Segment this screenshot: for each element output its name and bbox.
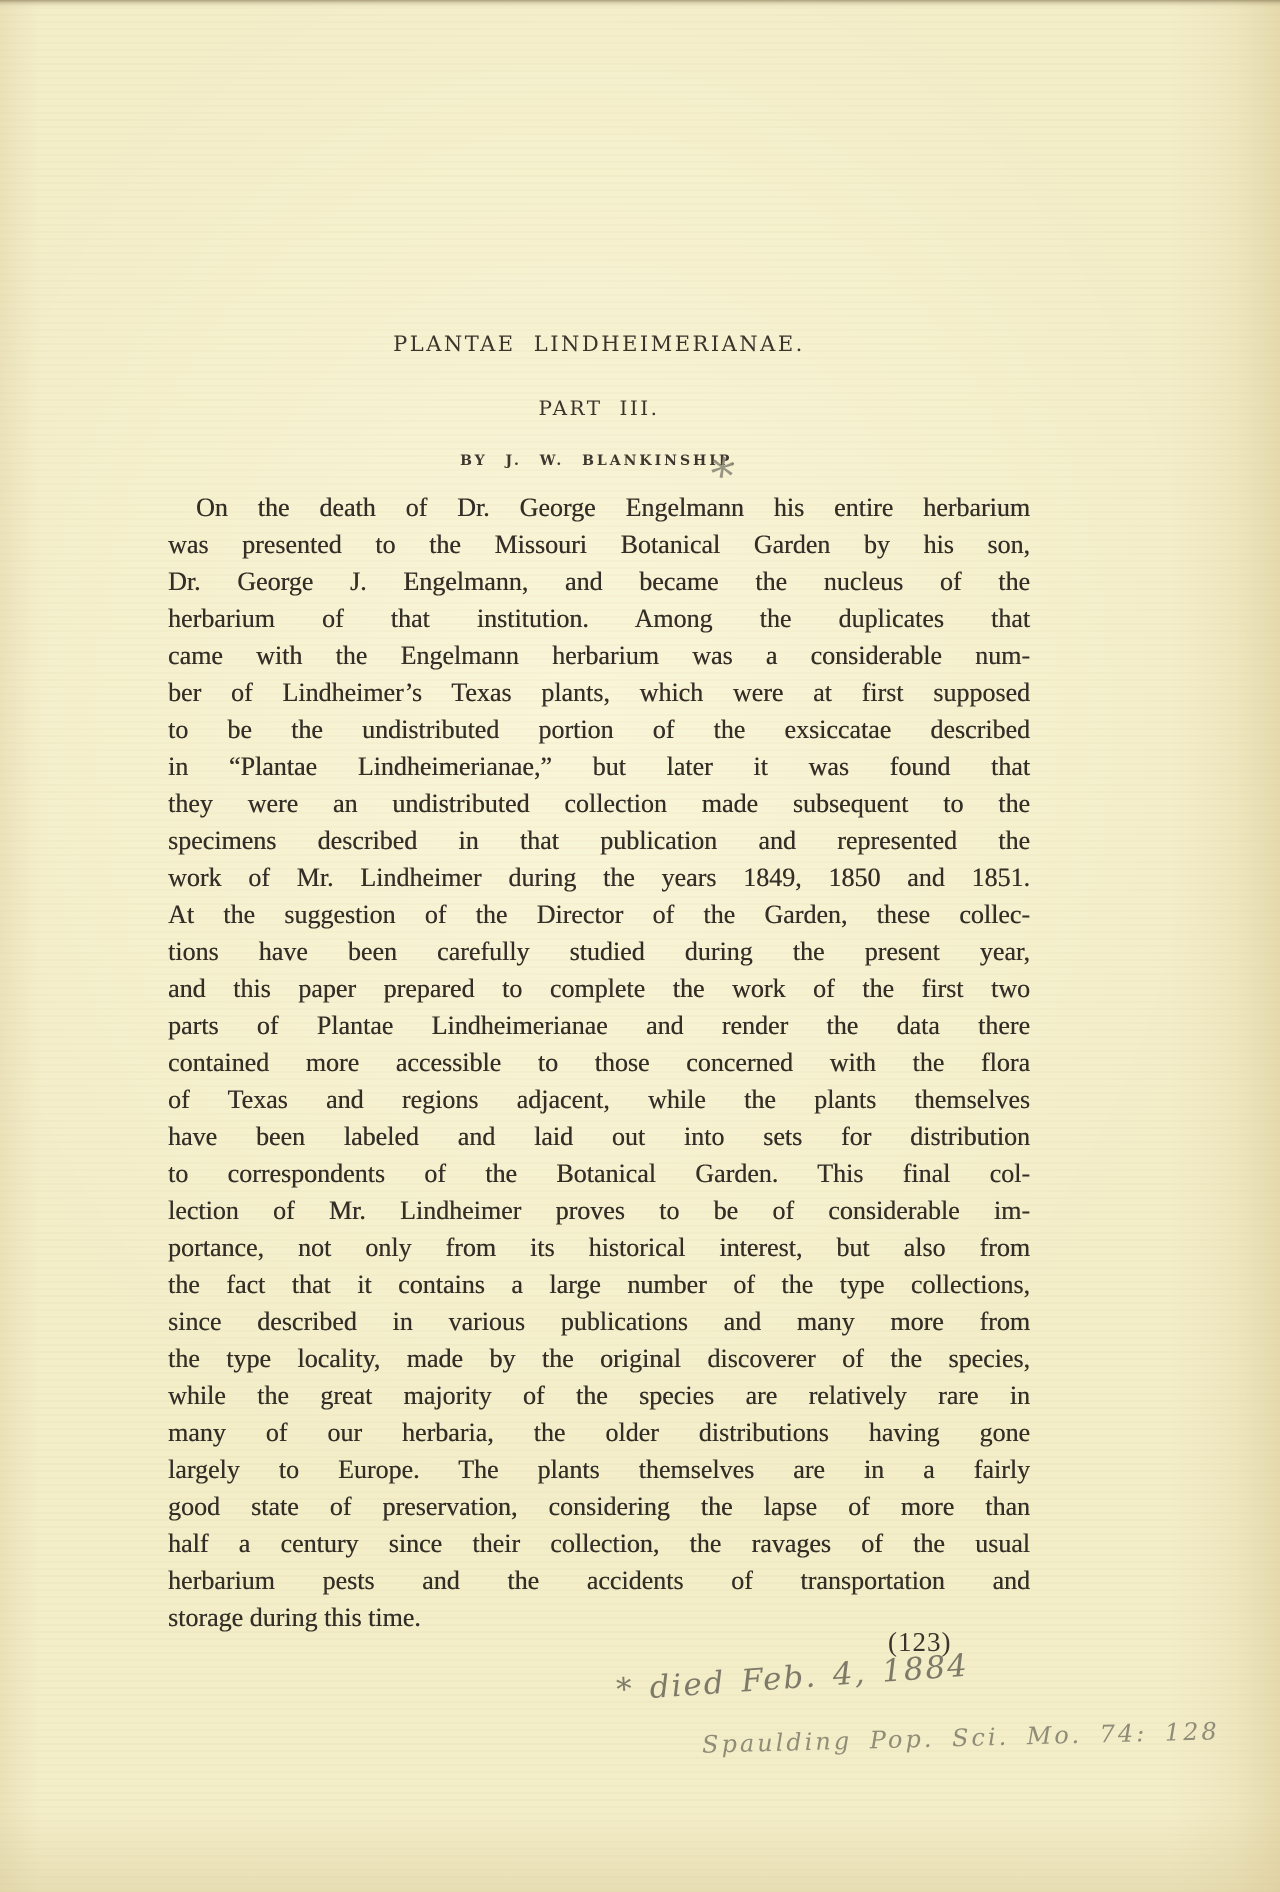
text-line: herbarium of that institution. Among the…	[168, 600, 1030, 637]
handwritten-citation-note: Spaulding Pop. Sci. Mo. 74: 128	[702, 1715, 1220, 1761]
text-line: ber of Lindheimer’s Texas plants, which …	[168, 674, 1030, 711]
text-line: parts of Plantae Lindheimerianae and ren…	[168, 1007, 1030, 1044]
text-line: while the great majority of the species …	[168, 1377, 1030, 1414]
text-line: half a century since their collection, t…	[168, 1525, 1030, 1562]
part-heading: PART III.	[168, 396, 1030, 421]
paper-title: PLANTAE LINDHEIMERIANAE.	[168, 331, 1030, 357]
text-line: largely to Europe. The plants themselves…	[168, 1451, 1030, 1488]
text-line: have been labeled and laid out into sets…	[168, 1118, 1030, 1155]
text-line: On the death of Dr. George Engelmann his…	[168, 489, 1030, 526]
author-byline: BY J. W. BLANKINSHIP.	[168, 452, 1030, 471]
text-line: work of Mr. Lindheimer during the years …	[168, 859, 1030, 896]
text-line: to be the undistributed portion of the e…	[168, 711, 1030, 748]
text-line: the fact that it contains a large number…	[168, 1266, 1030, 1303]
handwritten-death-note: * died Feb. 4, 1884	[615, 1646, 970, 1711]
text-line: came with the Engelmann herbarium was a …	[168, 637, 1030, 674]
text-line: to correspondents of the Botanical Garde…	[168, 1155, 1030, 1192]
text-line: lection of Mr. Lindheimer proves to be o…	[168, 1192, 1030, 1229]
scanned-page: { "document": { "title": "PLANTAE LINDHE…	[0, 0, 1280, 1892]
text-line: At the suggestion of the Director of the…	[168, 896, 1030, 933]
text-line: in “Plantae Lindheimerianae,” but later …	[168, 748, 1030, 785]
text-line: contained more accessible to those conce…	[168, 1044, 1030, 1081]
text-line: they were an undistributed collection ma…	[168, 785, 1030, 822]
text-line: portance, not only from its historical i…	[168, 1229, 1030, 1266]
text-line: tions have been carefully studied during…	[168, 933, 1030, 970]
text-line: was presented to the Missouri Botanical …	[168, 526, 1030, 563]
text-line: the type locality, made by the original …	[168, 1340, 1030, 1377]
body-paragraph: On the death of Dr. George Engelmann his…	[168, 489, 1030, 1636]
text-line: good state of preservation, considering …	[168, 1488, 1030, 1525]
text-line: herbarium pests and the accidents of tra…	[168, 1562, 1030, 1599]
text-line: Dr. George J. Engelmann, and became the …	[168, 563, 1030, 600]
text-line: of Texas and regions adjacent, while the…	[168, 1081, 1030, 1118]
text-line: since described in various publications …	[168, 1303, 1030, 1340]
text-line: specimens described in that publication …	[168, 822, 1030, 859]
text-line: many of our herbaria, the older distribu…	[168, 1414, 1030, 1451]
text-line: and this paper prepared to complete the …	[168, 970, 1030, 1007]
